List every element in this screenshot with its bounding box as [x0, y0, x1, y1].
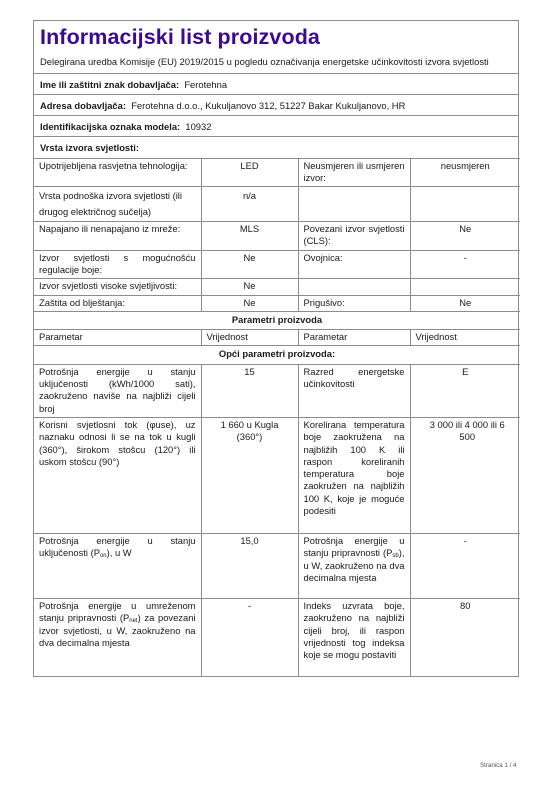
- supplier-name-row: Ime ili zaštitni znak dobavljača: Ferote…: [34, 74, 518, 95]
- param-label: Razred energetske učinkovitosti: [298, 364, 410, 417]
- param-label: [298, 279, 410, 295]
- table-row: Izvor svjetlosti s mogućnošću regulacije…: [34, 250, 520, 279]
- param-label: Izvor svjetlosti visoke svjetljivosti:: [34, 279, 201, 295]
- column-header-value: Vrijednost: [410, 330, 520, 346]
- param-value: n/a: [201, 187, 298, 222]
- param-label: Korisni svjetlosni tok (φuse), uz naznak…: [34, 417, 201, 533]
- param-value: 80: [410, 598, 520, 676]
- regulation-subtitle: Delegirana uredba Komisije (EU) 2019/201…: [40, 55, 512, 69]
- supplier-address-label: Adresa dobavljača:: [40, 100, 126, 111]
- param-label: Potrošnja energije u stanju uključenosti…: [34, 533, 201, 598]
- table-row: Zaštita od blještanja: Ne Prigušivo: Ne: [34, 295, 520, 311]
- param-label: Korelirana temperatura boje zaokružena n…: [298, 417, 410, 533]
- table-row: Upotrijebljena rasvjetna tehnologija: LE…: [34, 158, 520, 187]
- param-value: Ne: [410, 295, 520, 311]
- section-heading-row: Parametri proizvoda: [34, 311, 520, 329]
- page-title: Informacijski list proizvoda: [40, 24, 512, 50]
- param-value: 1 660 u Kugla (360°): [201, 417, 298, 533]
- table-row: Potrošnja energije u stanju uključenosti…: [34, 533, 520, 598]
- column-header-parameter: Parametar: [34, 330, 201, 346]
- light-source-type-heading-row: Vrsta izvora svjetlosti:: [34, 137, 518, 158]
- supplier-address-row: Adresa dobavljača: Ferotehna d.o.o., Kuk…: [34, 95, 518, 116]
- param-value: 15,0: [201, 533, 298, 598]
- param-value: Ne: [201, 295, 298, 311]
- param-value: -: [201, 598, 298, 676]
- param-value: E: [410, 364, 520, 417]
- light-source-type-heading: Vrsta izvora svjetlosti:: [40, 142, 139, 153]
- sheet-header: Informacijski list proizvoda Delegirana …: [34, 21, 518, 74]
- table-row: Potrošnja energije u stanju uključenosti…: [34, 364, 520, 417]
- param-label: Neusmjeren ili usmjeren izvor:: [298, 158, 410, 187]
- param-value: [410, 187, 520, 222]
- param-value: Ne: [201, 279, 298, 295]
- param-value: -: [410, 250, 520, 279]
- param-value: 3 000 ili 4 000 ili 6 500: [410, 417, 520, 533]
- table-row: Napajano ili nenapajano iz mreže: MLS Po…: [34, 222, 520, 251]
- param-label: Upotrijebljena rasvjetna tehnologija:: [34, 158, 201, 187]
- param-label: Prigušivo:: [298, 295, 410, 311]
- product-data-table: Upotrijebljena rasvjetna tehnologija: LE…: [34, 158, 520, 676]
- column-header-parameter: Parametar: [298, 330, 410, 346]
- param-label: Zaštita od blještanja:: [34, 295, 201, 311]
- table-row: Vrsta podnoška izvora svjetlosti (ili dr…: [34, 187, 520, 222]
- param-value: neusmjeren: [410, 158, 520, 187]
- model-id-value: 10932: [185, 121, 211, 132]
- param-label: Potrošnja energije u umreženom stanju pr…: [34, 598, 201, 676]
- param-value: [410, 279, 520, 295]
- param-value: MLS: [201, 222, 298, 251]
- section-heading-row: Opći parametri proizvoda:: [34, 346, 520, 364]
- param-label: Izvor svjetlosti s mogućnošću regulacije…: [34, 250, 201, 279]
- param-value: 15: [201, 364, 298, 417]
- product-information-sheet: Informacijski list proizvoda Delegirana …: [33, 20, 519, 677]
- param-value: Ne: [410, 222, 520, 251]
- param-label: [298, 187, 410, 222]
- column-header-row: Parametar Vrijednost Parametar Vrijednos…: [34, 330, 520, 346]
- param-value: Ne: [201, 250, 298, 279]
- supplier-name-value: Ferotehna: [184, 79, 227, 90]
- param-label: Ovojnica:: [298, 250, 410, 279]
- product-parameters-heading: Parametri proizvoda: [34, 311, 520, 329]
- param-label: Povezani izvor svjetlosti (CLS):: [298, 222, 410, 251]
- table-row: Korisni svjetlosni tok (φuse), uz naznak…: [34, 417, 520, 533]
- page-number: Stranica 1 / 4: [480, 762, 516, 769]
- param-label: Napajano ili nenapajano iz mreže:: [34, 222, 201, 251]
- param-label: Potrošnja energije u stanju pripravnosti…: [298, 533, 410, 598]
- supplier-name-label: Ime ili zaštitni znak dobavljača:: [40, 79, 179, 90]
- param-value: -: [410, 533, 520, 598]
- table-row: Izvor svjetlosti visoke svjetljivosti: N…: [34, 279, 520, 295]
- table-row: Potrošnja energije u umreženom stanju pr…: [34, 598, 520, 676]
- model-id-label: Identifikacijska oznaka modela:: [40, 121, 180, 132]
- param-label: Vrsta podnoška izvora svjetlosti (ili dr…: [34, 187, 201, 222]
- general-parameters-heading: Opći parametri proizvoda:: [34, 346, 520, 364]
- column-header-value: Vrijednost: [201, 330, 298, 346]
- param-label: Indeks uzvrata boje, zaokruženo na najbl…: [298, 598, 410, 676]
- param-label: Potrošnja energije u stanju uključenosti…: [34, 364, 201, 417]
- supplier-address-value: Ferotehna d.o.o., Kukuljanovo 312, 51227…: [131, 100, 405, 111]
- param-value: LED: [201, 158, 298, 187]
- model-id-row: Identifikacijska oznaka modela: 10932: [34, 116, 518, 137]
